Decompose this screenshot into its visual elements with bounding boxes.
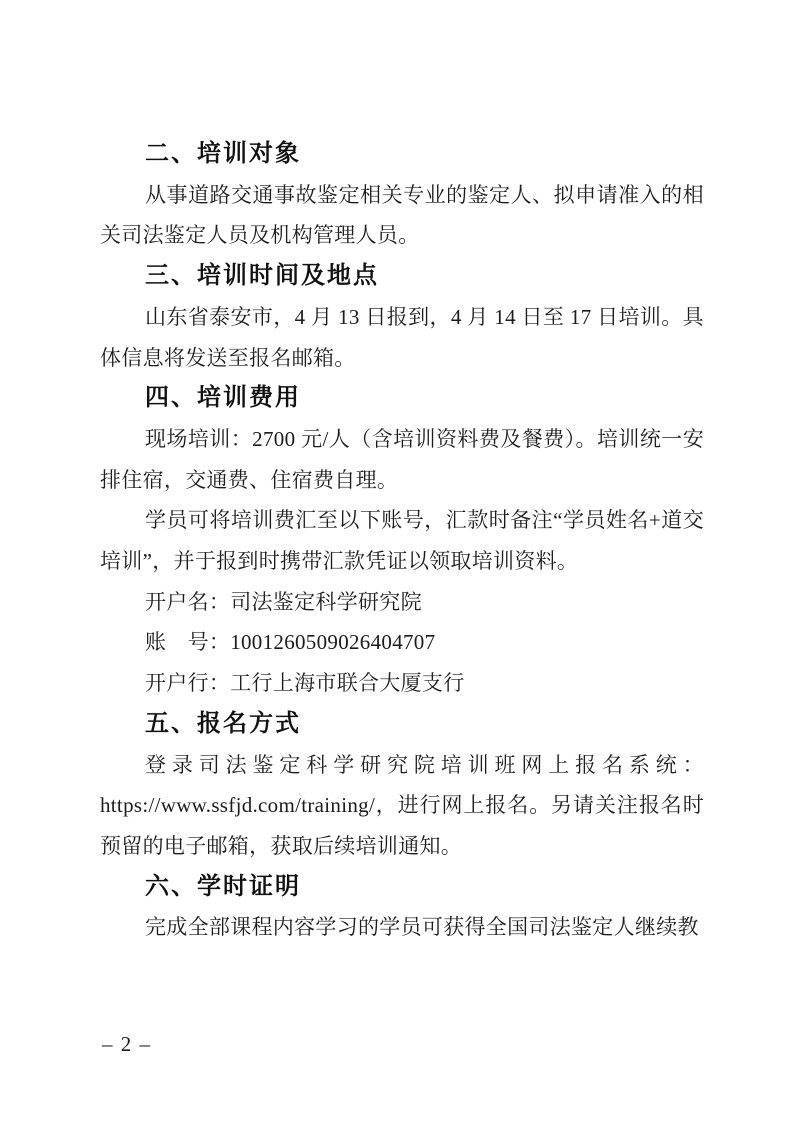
remittance-note-paragraph: 学员可将培训费汇至以下账号，汇款时备注“学员姓名+道交培训”，并于报到时携带汇款… [100, 500, 704, 581]
credit-hours-paragraph: 完成全部课程内容学习的学员可获得全国司法鉴定人继续教 [100, 907, 704, 948]
section-heading-training-time-place: 三、培训时间及地点 [100, 256, 704, 297]
training-target-paragraph: 从事道路交通事故鉴定相关专业的鉴定人、拟申请准入的相关司法鉴定人员及机构管理人员… [100, 175, 704, 256]
document-body: 二、培训对象从事道路交通事故鉴定相关专业的鉴定人、拟申请准入的相关司法鉴定人员及… [100, 134, 704, 948]
bank-account-number-line: 账 号：1001260509026404707 [100, 622, 704, 663]
registration-method-paragraph: 登录司法鉴定科学研究院培训班网上报名系统：https://www.ssfjd.c… [100, 745, 704, 867]
section-heading-registration-method: 五、报名方式 [100, 704, 704, 745]
document-page: 二、培训对象从事道路交通事故鉴定相关专业的鉴定人、拟申请准入的相关司法鉴定人员及… [0, 0, 800, 1131]
bank-account-name-line: 开户名：司法鉴定科学研究院 [100, 582, 704, 623]
training-time-place-paragraph: 山东省泰安市，4 月 13 日报到，4 月 14 日至 17 日培训。具体信息将… [100, 297, 704, 378]
page-number: – 2 – [102, 1031, 152, 1057]
section-heading-training-fee: 四、培训费用 [100, 378, 704, 419]
section-heading-training-target: 二、培训对象 [100, 134, 704, 175]
training-fee-paragraph: 现场培训：2700 元/人（含培训资料费及餐费）。培训统一安排住宿，交通费、住宿… [100, 419, 704, 500]
bank-branch-line: 开户行：工行上海市联合大厦支行 [100, 663, 704, 704]
section-heading-credit-hours-certificate: 六、学时证明 [100, 867, 704, 908]
